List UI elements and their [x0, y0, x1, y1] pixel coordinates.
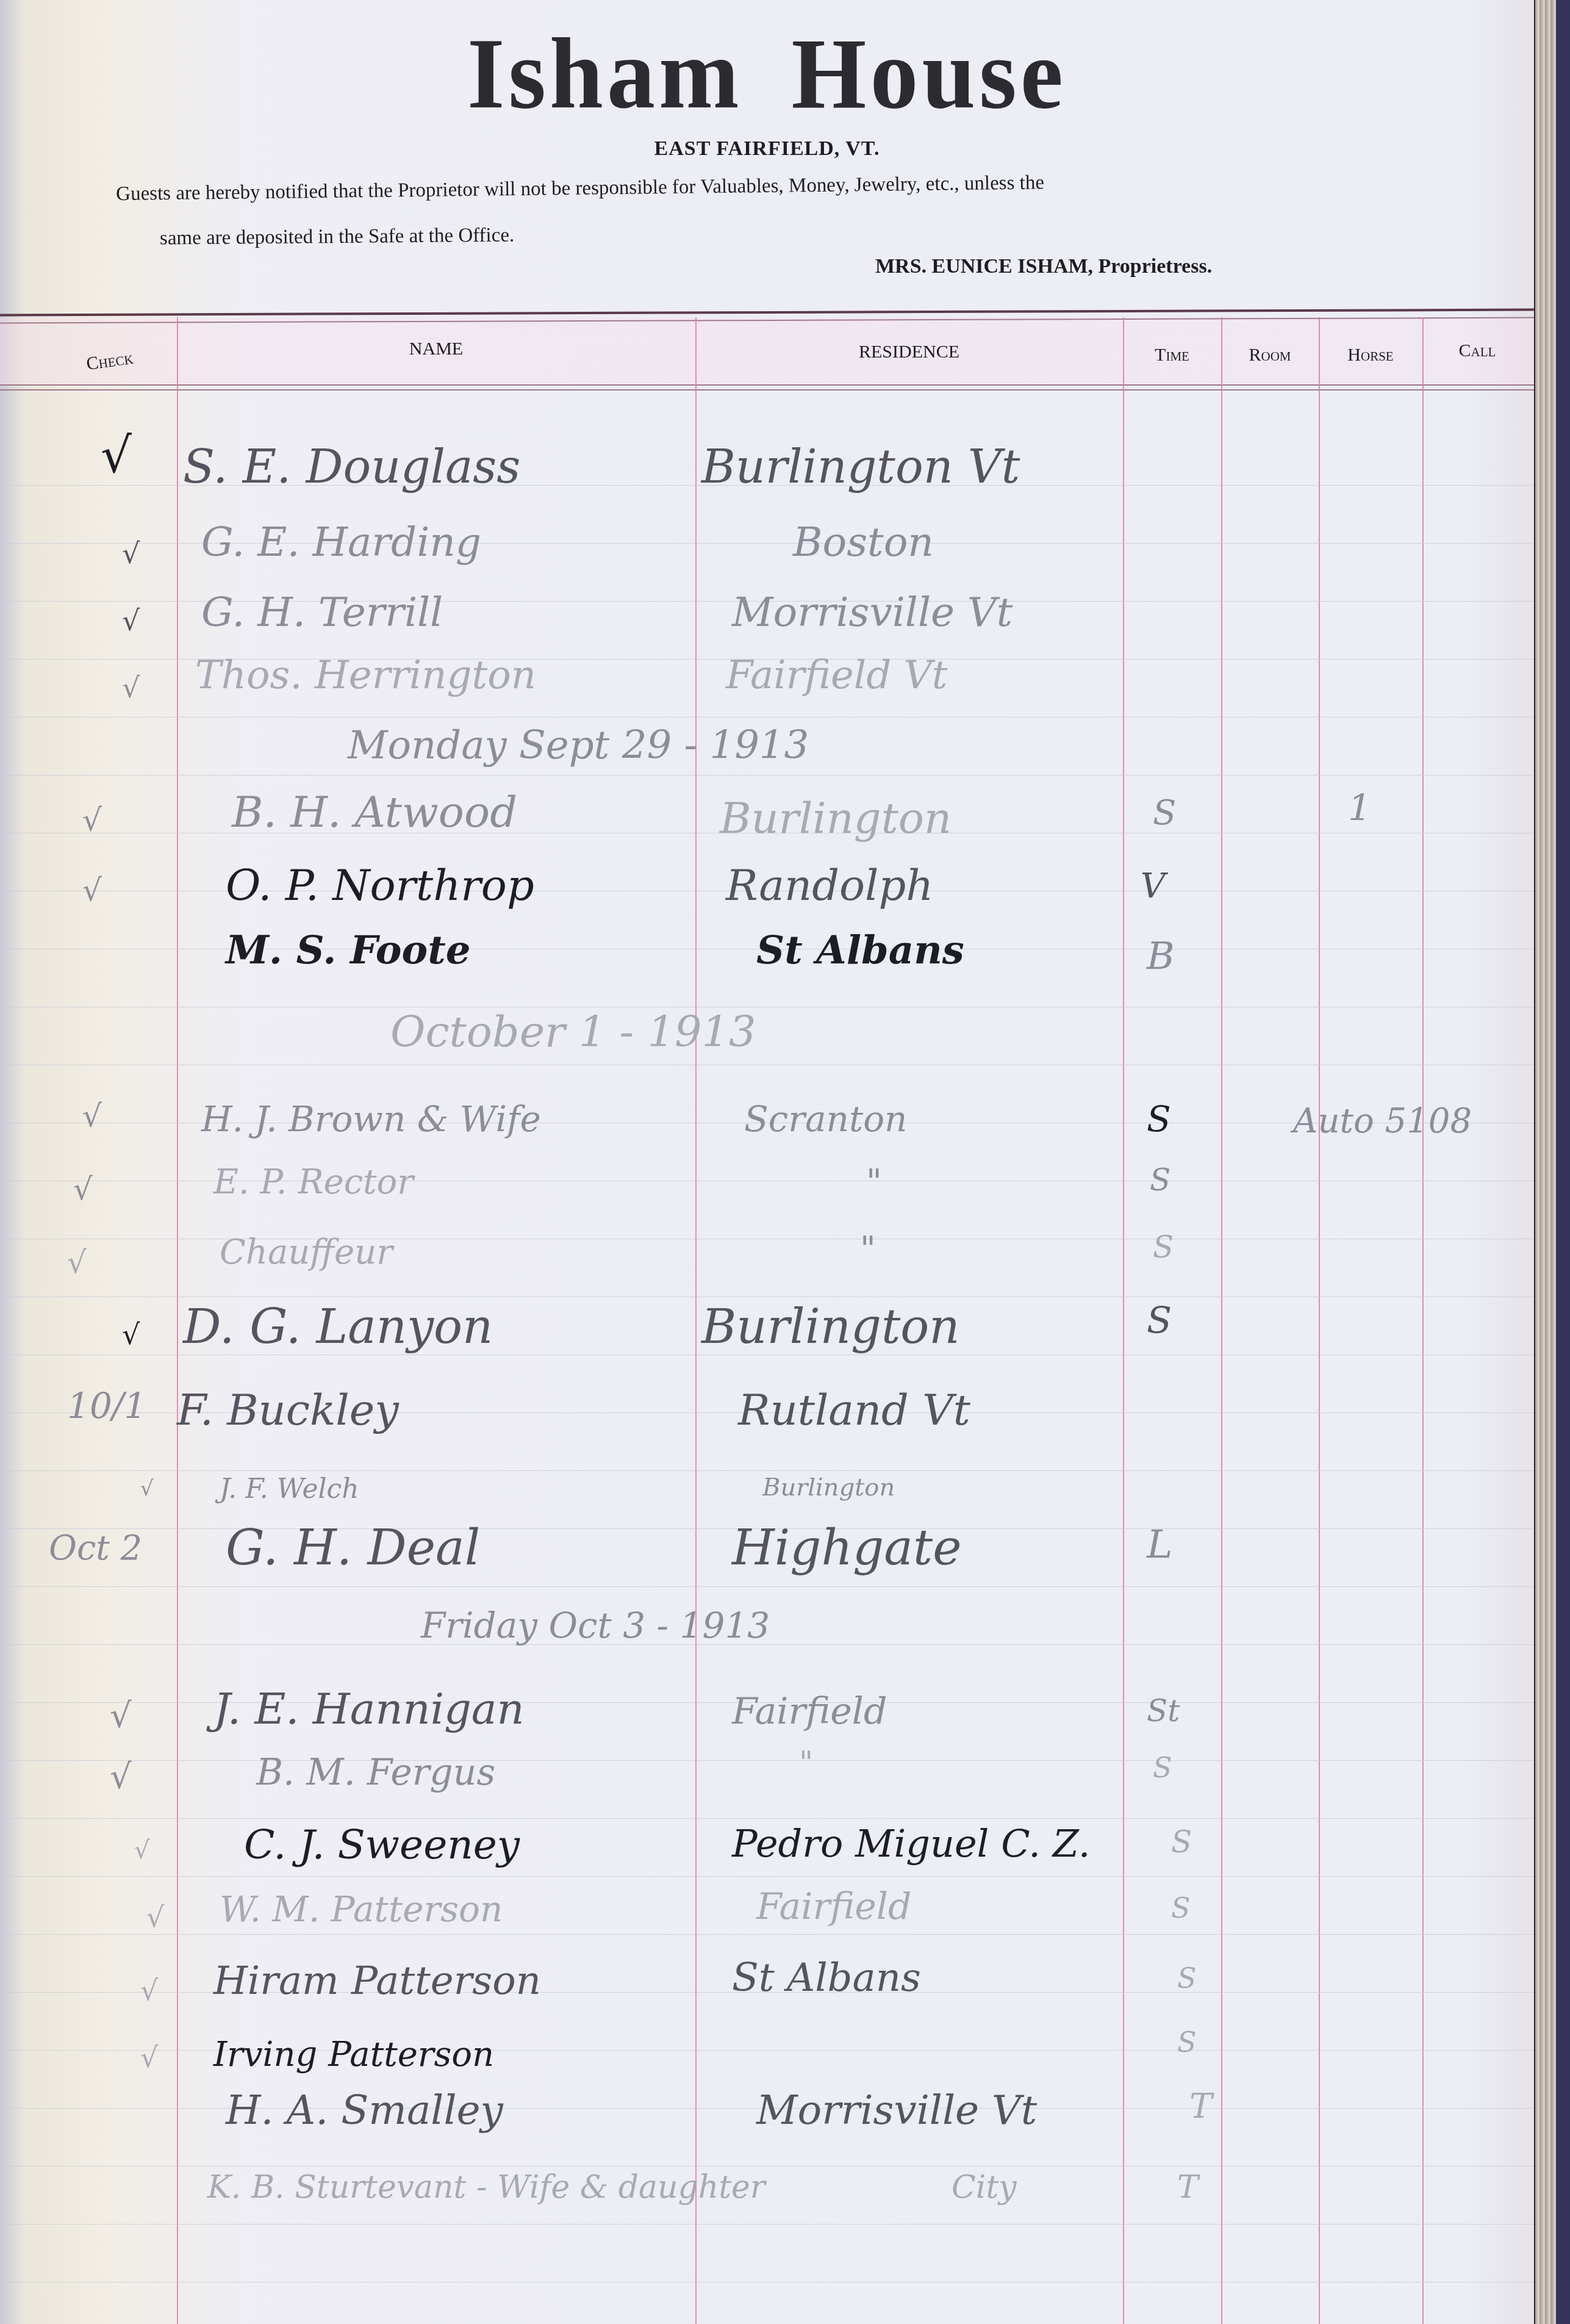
date-label: October 1 - 1913 [390, 1007, 756, 1057]
entry-name: B. M. Fergus [256, 1751, 495, 1794]
entry-name: K. B. Sturtevant - Wife & daughter [207, 2169, 765, 2206]
entry-residence: St Albans [756, 927, 964, 973]
entry-time: L [1147, 1522, 1173, 1567]
entry-name: G. H. Terrill [201, 589, 443, 636]
entry-name: G. E. Harding [201, 519, 481, 566]
entry-time: V [1141, 866, 1165, 906]
entry-time: S [1147, 1098, 1171, 1140]
entry-check: √ [73, 1171, 93, 1207]
entry-residence: Fairfield [732, 1690, 887, 1733]
entry-time: S [1177, 2026, 1197, 2059]
column-header-room: Room [1221, 345, 1319, 365]
entry-time: B [1147, 934, 1175, 978]
entry-name: Thos. Herrington [195, 653, 536, 698]
date-label: Monday Sept 29 - 1913 [348, 723, 809, 768]
entry-name: G. H. Deal [226, 1519, 480, 1576]
entry-time: S [1150, 1162, 1170, 1198]
entry-name: M. S. Foote [226, 927, 471, 973]
entry-residence: " [860, 1229, 876, 1269]
entry-time: S [1153, 1751, 1172, 1784]
entry-residence: Randolph [726, 860, 933, 910]
entry-check: √ [82, 872, 102, 908]
entry-name: Irving Patterson [213, 2035, 494, 2074]
entry-time: S [1177, 1962, 1197, 1995]
column-header-call: Call [1422, 340, 1532, 361]
entry-check: √ [122, 537, 140, 570]
entry-residence: Morrisville Vt [732, 589, 1013, 636]
entry-check: √ [67, 1245, 87, 1280]
entry-time: S [1171, 1891, 1191, 1924]
entry-name: D. G. Lanyon [183, 1300, 493, 1354]
proprietress-signature: MRS. EUNICE ISHAM, Proprietress. [875, 255, 1212, 278]
column-header-name: NAME [177, 339, 695, 359]
entry-residence: Burlington [720, 793, 952, 843]
column-header-residence: RESIDENCE [695, 342, 1123, 362]
entry-check: √ [82, 1098, 102, 1134]
entry-check: Oct 2 [49, 1528, 142, 1568]
entry-name: S. E. Douglass [183, 439, 520, 494]
entry-name: H. A. Smalley [226, 2087, 503, 2134]
entry-time: S [1153, 793, 1176, 833]
book-cover-edge [1556, 0, 1570, 2324]
header-bottom-rule [0, 384, 1534, 390]
entry-horse: 1 [1348, 787, 1371, 830]
register-page: IshamHouse EAST FAIRFIELD, VT. Guests ar… [0, 0, 1534, 2324]
entry-residence: Scranton [744, 1098, 907, 1140]
entry-check: √ [82, 802, 102, 838]
entry-name: J. E. Hannigan [213, 1684, 525, 1734]
entry-check: √ [110, 1757, 132, 1797]
entry-time: S [1171, 1824, 1192, 1860]
entry-name: J. F. Welch [220, 1473, 359, 1505]
entry-residence: " [866, 1162, 882, 1202]
column-divider-room [1319, 317, 1320, 2324]
entry-name: Chauffeur [220, 1232, 393, 1272]
entry-check: √ [101, 427, 132, 484]
entry-residence: Burlington [762, 1473, 895, 1502]
entry-time: S [1147, 1300, 1172, 1342]
page-header: IshamHouse EAST FAIRFIELD, VT. Guests ar… [0, 0, 1534, 317]
entry-residence: Boston [793, 519, 934, 566]
entry-residence: City [952, 2169, 1017, 2206]
entry-name: H. J. Brown & Wife [201, 1098, 541, 1140]
column-divider-residence [1123, 317, 1124, 2324]
column-header-time: Time [1123, 345, 1221, 365]
column-divider-check [177, 317, 178, 2324]
entry-check: √ [110, 1696, 132, 1736]
column-divider-horse [1422, 317, 1424, 2324]
column-header-horse: Horse [1319, 345, 1422, 365]
entry-time: T [1189, 2087, 1212, 2126]
entry-residence: Fairfield Vt [726, 653, 948, 698]
entry-name: F. Buckley [177, 1385, 399, 1435]
entry-check: √ [146, 1901, 164, 1934]
date-label: Friday Oct 3 - 1913 [421, 1605, 770, 1646]
entry-residence: Burlington [701, 1300, 959, 1354]
entry-time: St [1147, 1693, 1180, 1729]
entry-check: √ [140, 1477, 154, 1501]
entry-residence: Burlington Vt [701, 439, 1020, 494]
entry-residence: Rutland Vt [738, 1385, 970, 1435]
entry-residence: Highgate [732, 1519, 961, 1576]
entry-residence: Fairfield [756, 1885, 911, 1928]
entry-check: √ [122, 1318, 140, 1351]
entry-check: √ [122, 604, 140, 637]
column-divider-time [1221, 317, 1222, 2324]
entry-check: √ [140, 2041, 158, 2074]
entry-residence: Morrisville Vt [756, 2087, 1037, 2134]
entry-name: Hiram Patterson [213, 1959, 541, 2004]
entry-name: B. H. Atwood [232, 787, 517, 837]
entry-name: E. P. Rector [213, 1162, 414, 1202]
entry-residence: " [799, 1745, 813, 1780]
entry-horse: Auto 5108 [1293, 1101, 1472, 1141]
entry-check: 10/1 [67, 1385, 146, 1426]
hotel-title: IshamHouse [0, 15, 1534, 132]
column-divider-name [695, 317, 697, 2324]
entry-time: T [1177, 2169, 1199, 2206]
entry-check: √ [122, 671, 140, 704]
entry-name: C. J. Sweeney [244, 1821, 520, 1868]
entry-check: √ [134, 1837, 150, 1865]
page-stack-edge [1534, 0, 1557, 2324]
entry-residence: Pedro Miguel C. Z. [732, 1821, 1091, 1866]
entry-name: W. M. Patterson [220, 1888, 503, 1930]
title-word-house: House [792, 18, 1067, 130]
title-word-isham: Isham [467, 18, 742, 130]
entry-residence: St Albans [732, 1955, 921, 2001]
notice-line-1: Guests are hereby notified that the Prop… [116, 167, 1427, 206]
entry-name: O. P. Northrop [226, 860, 534, 910]
notice-line-2: same are deposited in the Safe at the Of… [160, 224, 515, 250]
hotel-location: EAST FAIRFIELD, VT. [0, 137, 1534, 160]
entry-check: √ [140, 1974, 158, 2007]
entry-time: S [1153, 1229, 1174, 1265]
